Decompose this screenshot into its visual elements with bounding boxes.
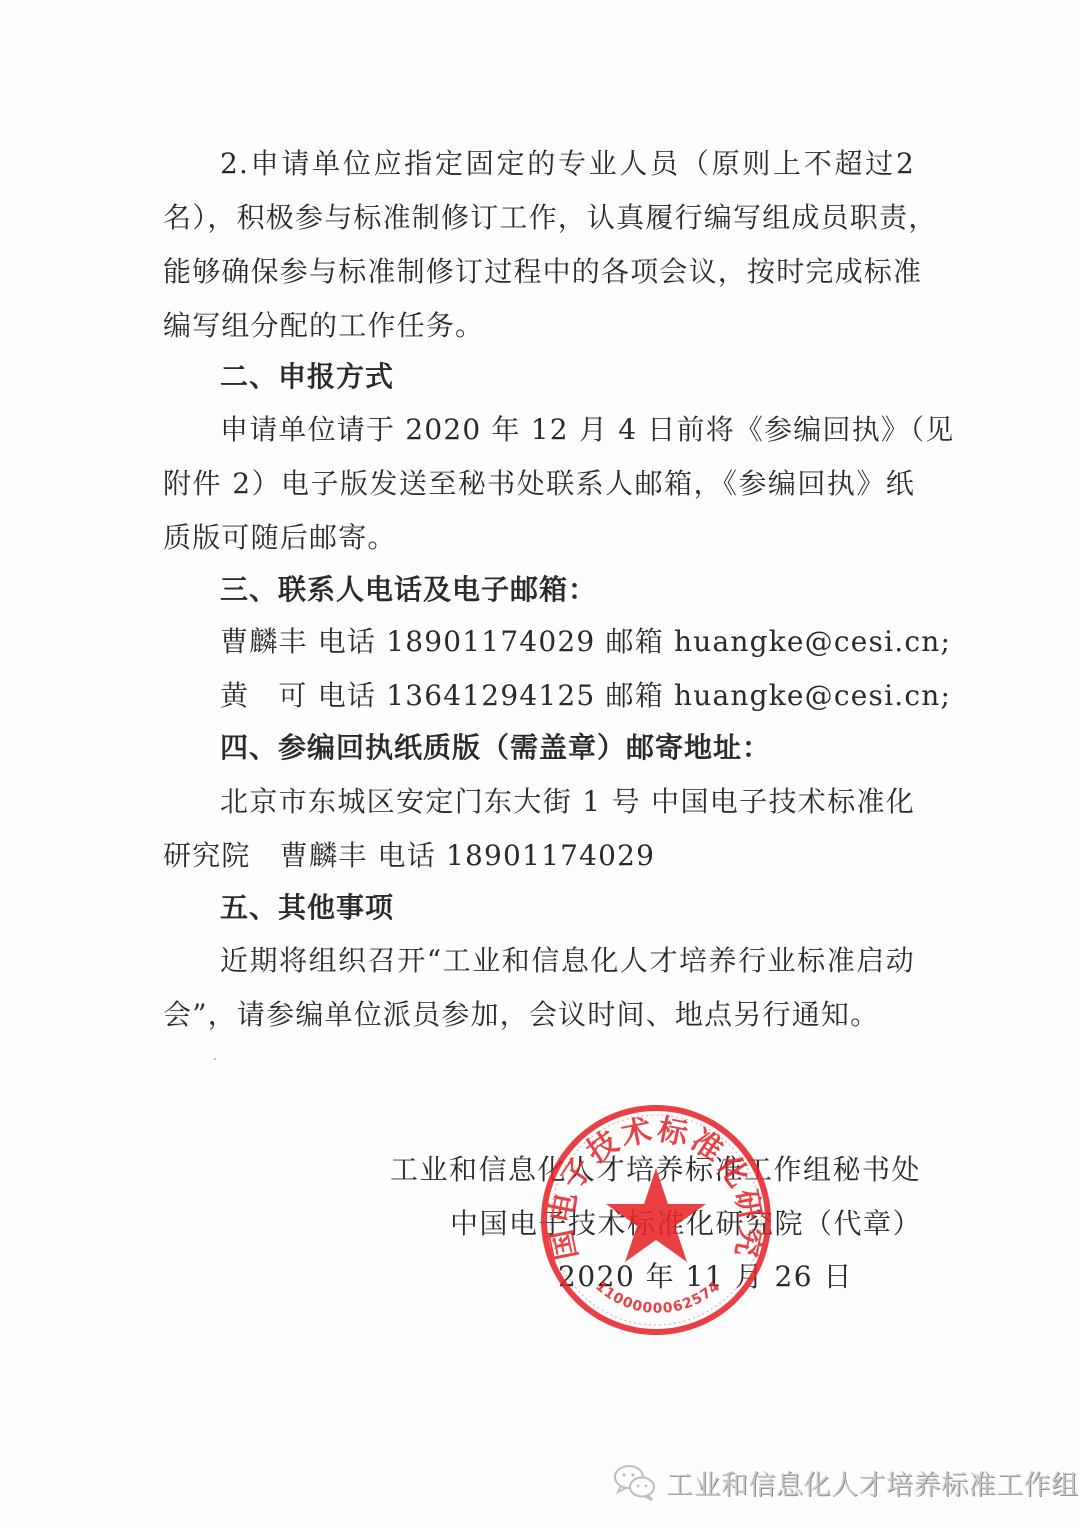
- paragraph-line: 近期将组织召开“工业和信息化人才培养行业标准启动: [220, 941, 915, 981]
- phone-label: 电话: [318, 679, 376, 712]
- contact-name: 黄 可: [220, 679, 308, 712]
- email-label: 邮箱: [606, 625, 664, 658]
- wechat-watermark: 工业和信息化人才培养标准工作组: [612, 1458, 1079, 1506]
- signature-agent: 中国电子技术标准化研究院（代章）: [450, 1204, 922, 1244]
- paragraph-line: 附件 2）电子版发送至秘书处联系人邮箱，《参编回执》纸: [163, 464, 915, 504]
- paragraph-line: 质版可随后邮寄。: [163, 518, 915, 558]
- phone-number: 18901174029: [386, 625, 595, 658]
- wechat-icon: [612, 1462, 658, 1502]
- contact-row: 曹麟丰 电话 18901174029 邮箱 huangke@cesi.cn;: [220, 622, 915, 662]
- paragraph-line: 北京市东城区安定门东大街 1 号 中国电子技术标准化: [220, 782, 915, 822]
- phone-label: 电话: [318, 625, 376, 658]
- section-heading: 五、其他事项: [220, 888, 915, 928]
- section-heading: 二、申报方式: [220, 357, 915, 397]
- contact-row: 黄 可 电话 13641294125 邮箱 huangke@cesi.cn;: [220, 676, 915, 716]
- scan-speck: [214, 1058, 216, 1060]
- paragraph-line: 申请单位请于 2020 年 12 月 4 日前将《参编回执》（见: [220, 410, 915, 450]
- paragraph-line: 编写组分配的工作任务。: [163, 306, 915, 346]
- email-label: 邮箱: [606, 679, 664, 712]
- email-address: huangke@cesi.cn;: [674, 679, 951, 712]
- signature-org: 工业和信息化人才培养标准工作组秘书处: [390, 1150, 921, 1190]
- signature-date: 2020 年 11 月 26 日: [558, 1257, 853, 1297]
- section-heading: 四、参编回执纸质版（需盖章）邮寄地址：: [220, 728, 915, 768]
- paragraph-line: 研究院 曹麟丰 电话 18901174029: [163, 836, 915, 876]
- contact-name: 曹麟丰: [220, 625, 308, 658]
- paragraph-line: 会”，请参编单位派员参加，会议时间、地点另行通知。: [163, 995, 915, 1035]
- paragraph-line: 2.申请单位应指定固定的专业人员（原则上不超过2: [220, 144, 915, 184]
- phone-number: 13641294125: [386, 679, 595, 712]
- paragraph-line: 能够确保参与标准制修订过程中的各项会议，按时完成标准: [163, 252, 915, 292]
- email-address: huangke@cesi.cn;: [674, 625, 951, 658]
- watermark-label: 工业和信息化人才培养标准工作组: [666, 1463, 1079, 1502]
- section-heading: 三、联系人电话及电子邮箱：: [220, 570, 915, 610]
- paragraph-line: 名），积极参与标准制修订工作，认真履行编写组成员职责，: [163, 198, 915, 238]
